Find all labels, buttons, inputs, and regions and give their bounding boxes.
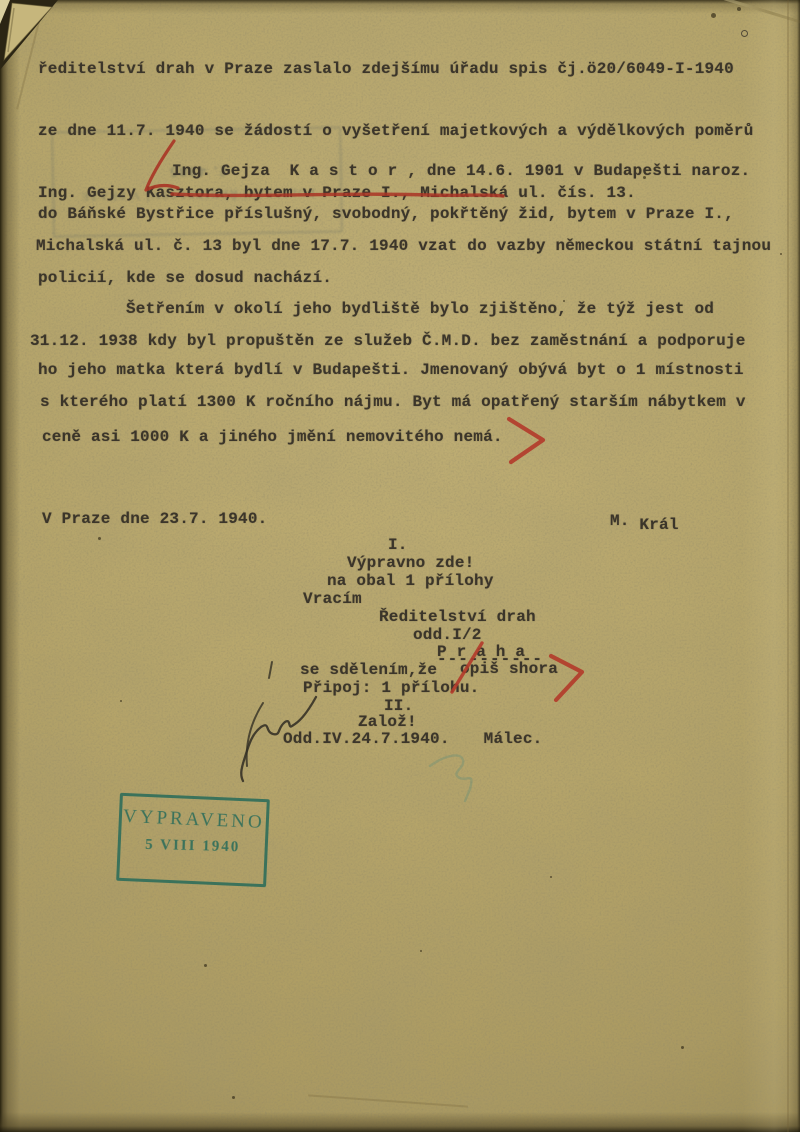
body-line-1: do Báňské Bystřice příslušný, svobodný, …	[38, 205, 734, 223]
dispatch-line-10: Odd.IV.24.7.1940.Málec.	[283, 730, 542, 748]
page-edge-top	[0, 0, 800, 14]
dispatch-dept-date: Odd.IV.24.7.1940.	[283, 730, 450, 748]
body-line-6: ho jeho matka která bydlí v Budapešti. J…	[38, 361, 744, 379]
signature-line: M. Král	[610, 512, 679, 534]
body-line-4: Šetřením v okolí jeho bydliště bylo zjiš…	[126, 300, 714, 318]
signature-initial: M.	[610, 512, 630, 530]
vypraveno-stamp-date: 5 VIII 1940	[121, 836, 265, 857]
signature-name: Král	[630, 516, 679, 534]
dispatch-line-5: odd.I/2	[413, 626, 482, 644]
faint-teal-signature	[430, 755, 471, 801]
paper-speck	[420, 950, 422, 952]
vypraveno-stamp-title: VYPRAVENO	[121, 806, 266, 834]
paper-speck	[681, 1046, 684, 1049]
crease-bottom	[308, 1094, 468, 1107]
paper-speck	[737, 7, 741, 11]
ink-scribble-tail	[247, 703, 263, 766]
paper-speck	[232, 1096, 235, 1099]
date-place-line: V Praze dne 23.7. 1940.	[42, 510, 267, 528]
page-edge-left	[0, 0, 20, 1132]
paper-speck	[120, 700, 122, 702]
body-line-2: Michalská ul. č. 13 byl dne 17.7. 1940 v…	[36, 237, 771, 255]
dispatch-line-4: Ředitelství drah	[379, 608, 536, 626]
page-edge-right	[788, 0, 800, 1132]
subject-heading: Ing. Gejza K a s t o r , dne 14.6. 1901 …	[172, 162, 750, 180]
dispatch-line-2: na obal 1 přílohy	[327, 572, 494, 590]
dispatch-clerk: Málec.	[484, 730, 543, 748]
body-line-7: s kterého platí 1300 K ročního nájmu. By…	[40, 393, 746, 411]
intro-line-3: Ing. Gejzy Kasztora, bytem v Praze I., M…	[38, 183, 754, 204]
ink-tick-mark	[269, 662, 272, 678]
paper-speck	[98, 537, 101, 540]
dispatch-line-7b: opiš shora	[460, 660, 558, 678]
dispatch-line-3: Vracím	[303, 590, 362, 608]
intro-line-2: ze dne 11.7. 1940 se žádostí o vyšetření…	[38, 121, 754, 142]
body-line-3: policií, kde se dosud nachází.	[38, 269, 332, 287]
dispatch-line-1: Výpravno zde!	[347, 554, 474, 572]
page-edge-bottom	[0, 1112, 800, 1132]
dispatch-line-7a: se sdělením,že	[300, 661, 437, 679]
body-line-5: 31.12. 1938 kdy byl propuštěn ze služeb …	[30, 332, 746, 350]
paper-speck	[204, 964, 207, 967]
document-scan: POLICEJNÍ ŘEDITELSTVÍ V PRAZE č. 4985 ře…	[0, 0, 800, 1132]
typed-ring-mark	[741, 30, 748, 37]
dispatch-line-8: Připoj: 1 přílohu.	[303, 679, 479, 697]
body-line-8: ceně asi 1000 K a jiného jmění nemovitéh…	[42, 428, 503, 446]
paper-speck	[780, 253, 782, 255]
paper-speck	[550, 876, 552, 878]
vypraveno-stamp: VYPRAVENO 5 VIII 1940	[116, 793, 270, 887]
intro-line-1: ředitelství drah v Praze zaslalo zdejším…	[38, 59, 754, 80]
dispatch-roman-1: I.	[388, 536, 408, 554]
crease-right	[787, 0, 789, 1132]
red-chevron-body	[509, 419, 543, 462]
dispatch-line-9: Založ!	[358, 713, 417, 731]
